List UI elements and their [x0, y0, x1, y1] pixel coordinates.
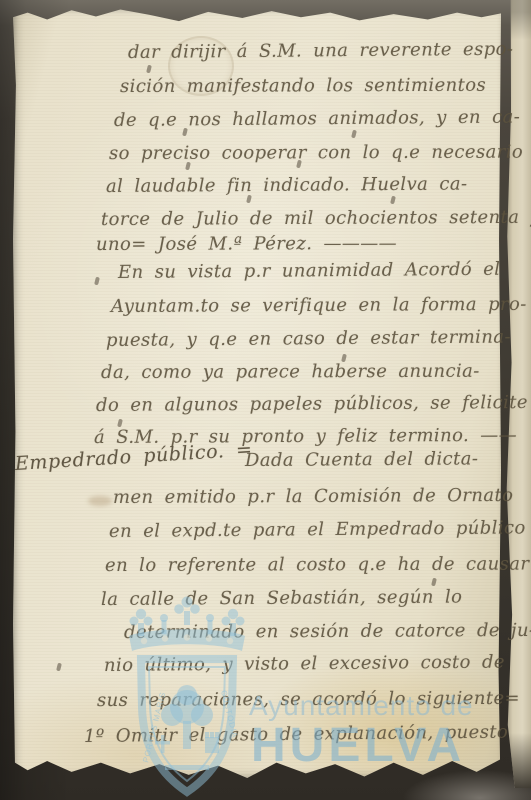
ink-speck [117, 419, 123, 428]
ink-speck [351, 130, 357, 139]
scanned-document-background: dar dirijir á S.M. una reverente espo- s… [0, 0, 531, 800]
ink-speck [146, 65, 152, 74]
ink-speck [182, 128, 188, 137]
ink-speck [246, 195, 252, 204]
ink-speck [431, 578, 437, 587]
ink-bleedthrough-specks [0, 0, 531, 800]
ink-speck [94, 277, 100, 286]
ink-speck [296, 160, 302, 169]
ink-speck [341, 354, 347, 363]
ink-speck [390, 196, 396, 205]
ink-speck [56, 663, 62, 672]
ink-speck [185, 162, 191, 171]
